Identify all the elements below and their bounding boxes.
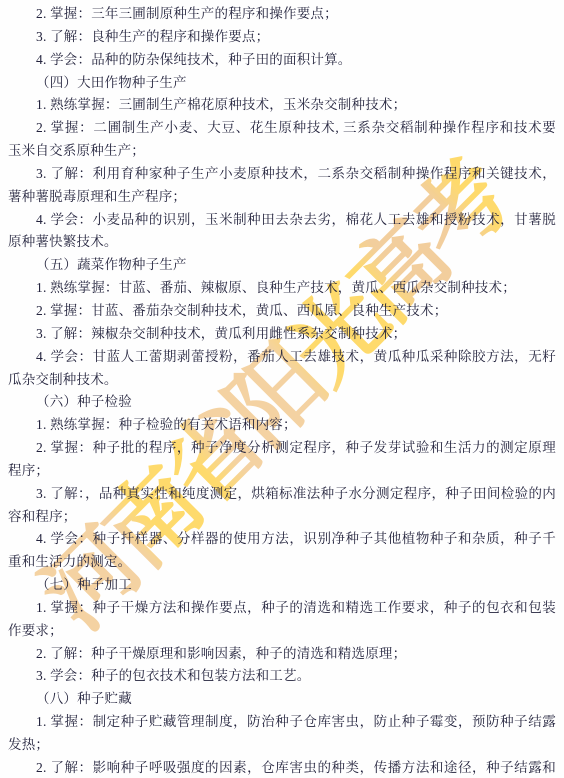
text-line: 2. 掌握：种子批的程序，种子净度分析测定程序，种子发芽试验和生活力的测定原理和: [8, 437, 556, 460]
text-line: 2. 了解：影响种子呼吸强度的因素，仓库害虫的种类，传播方法和途径，种子结露和发: [8, 757, 556, 778]
text-line: 1. 掌握：种子干燥方法和操作要点，种子的清选和精选工作要求，种子的包衣和包装工: [8, 597, 556, 620]
text-line: 3. 学会：种子的包衣技术和包装方法和工艺。: [8, 665, 556, 688]
text-line: 玉米自交系原种生产；: [8, 140, 556, 163]
text-line: 2. 了解：种子干燥原理和影响因素，种子的清选和精选原理；: [8, 643, 556, 666]
document-page: 河南省阳光高考 2. 掌握：三年三圃制原种生产的程序和操作要点；3. 了解：良种…: [0, 0, 564, 778]
text-line: 作要求；: [8, 620, 556, 643]
text-line: （六）种子检验: [8, 391, 556, 414]
text-line: 2. 掌握：二圃制生产小麦、大豆、花生原种技术, 三系杂交稻制种操作程序和技术要…: [8, 117, 556, 140]
text-line: 4. 学会：品种的防杂保纯技术，种子田的面积计算。: [8, 49, 556, 72]
text-line: 1. 熟练掌握：种子检验的有关术语和内容；: [8, 414, 556, 437]
text-line: 瓜杂交制种技术。: [8, 369, 556, 392]
text-line: 1. 熟练掌握：甘蓝、番茄、辣椒原、良种生产技术，黄瓜、西瓜杂交制种技术；: [8, 277, 556, 300]
text-line: 3. 了解：辣椒杂交制种技术，黄瓜利用雌性系杂交制种技术；: [8, 323, 556, 346]
text-line: 原种薯快繁技术。: [8, 231, 556, 254]
text-line: 1. 熟练掌握：三圃制生产棉花原种技术，玉米杂交制种技术；: [8, 94, 556, 117]
text-line: 4. 学会：小麦品种的识别，玉米制种田去杂去劣，棉花人工去雄和授粉技术，甘薯脱毒: [8, 209, 556, 232]
document-content: 2. 掌握：三年三圃制原种生产的程序和操作要点；3. 了解：良种生产的程序和操作…: [0, 0, 564, 778]
text-line: 2. 掌握：三年三圃制原种生产的程序和操作要点；: [8, 3, 556, 26]
text-line: 发热；: [8, 734, 556, 757]
text-line: （五）蔬菜作物种子生产: [8, 254, 556, 277]
text-line: 容和程序；: [8, 506, 556, 529]
text-line: 3. 了解：，品种真实性和纯度测定，烘箱标准法种子水分测定程序，种子田间检验的内: [8, 483, 556, 506]
text-line: （四）大田作物种子生产: [8, 72, 556, 95]
text-line: 3. 了解：利用育种家种子生产小麦原种技术，二系杂交稻制种操作程序和关键技术，甘: [8, 163, 556, 186]
text-line: 薯种薯脱毒原理和生产程序；: [8, 186, 556, 209]
text-line: 2. 掌握：甘蓝、番茄杂交制种技术，黄瓜、西瓜原、良种生产技术；: [8, 300, 556, 323]
text-line: 3. 了解：良种生产的程序和操作要点；: [8, 26, 556, 49]
text-line: 重和生活力的测定。: [8, 551, 556, 574]
text-line: 1. 掌握：制定种子贮藏管理制度，防治种子仓库害虫，防止种子霉变，预防种子结露和: [8, 711, 556, 734]
text-line: （八）种子贮藏: [8, 688, 556, 711]
text-line: （七）种子加工: [8, 574, 556, 597]
text-line: 4. 学会：种子扦样器、分样器的使用方法，识别净种子其他植物种子和杂质，种子千粒: [8, 528, 556, 551]
text-line: 4. 学会：甘蓝人工蕾期剥蕾授粉，番茄人工去雄技术，黄瓜种瓜采种除胶方法，无籽西: [8, 346, 556, 369]
text-line: 程序；: [8, 460, 556, 483]
